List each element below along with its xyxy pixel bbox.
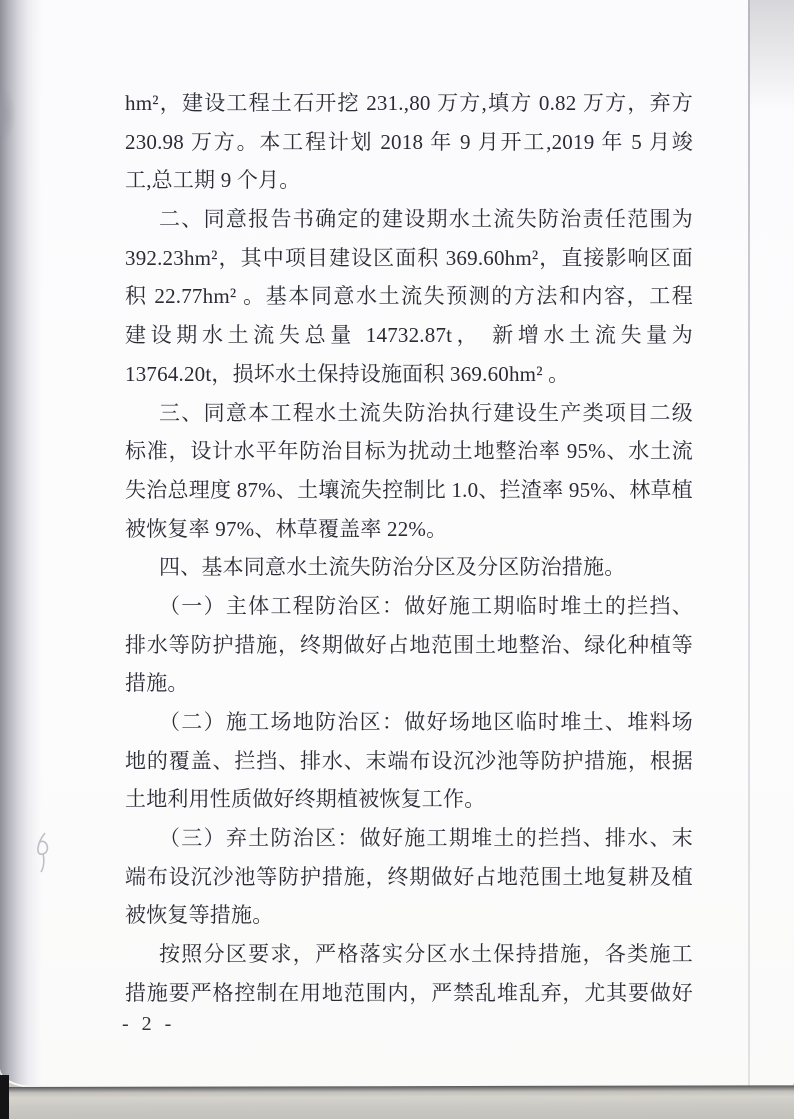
scanner-bed-bottom (0, 1085, 794, 1119)
text-line: 措施要严格控制在用地范围内，严禁乱堆乱弃，尤其要做好 (125, 974, 693, 1013)
text-line: hm²，建设工程土石开挖 231.,80 万方,填方 0.82 万方，弃方 (125, 84, 693, 123)
text-line: 失治总理度 87%、土壤流失控制比 1.0、拦渣率 95%、林草植 (125, 471, 693, 510)
text-line: 按照分区要求，严格落实分区水土保持措施，各类施工 (125, 935, 693, 974)
scan-smudge-artifact (0, 86, 16, 142)
scanned-document-page: hm²，建设工程土石开挖 231.,80 万方,填方 0.82 万方，弃方 23… (0, 0, 794, 1119)
text-line: 230.98 万方。本工程计划 2018 年 9 月开工,2019 年 5 月竣 (125, 123, 693, 162)
text-line: 端布设沉沙池等防护措施，终期做好占地范围土地复耕及植 (125, 858, 693, 897)
document-body: hm²，建设工程土石开挖 231.,80 万方,填方 0.82 万方，弃方 23… (125, 84, 693, 1013)
bottom-left-scan-artifact (0, 1075, 9, 1119)
text-line: 土地利用性质做好终期植被恢复工作。 (125, 780, 693, 819)
text-line: （三）弃土防治区：做好施工期堆土的拦挡、排水、末 (125, 819, 693, 858)
text-line: 四、基本同意水土流失防治分区及分区防治措施。 (125, 548, 693, 587)
handwritten-mark-artifact (30, 830, 58, 878)
text-line: 排水等防护措施，终期做好占地范围土地整治、绿化种植等 (125, 626, 693, 665)
text-line: 被恢复等措施。 (125, 896, 693, 935)
left-scan-shadow (0, 0, 42, 1086)
text-line: 措施。 (125, 664, 693, 703)
text-line: 工,总工期 9 个月。 (125, 161, 693, 200)
text-line: 392.23hm²，其中项目建设区面积 369.60hm²，直接影响区面 (125, 239, 693, 278)
text-line: （一）主体工程防治区：做好施工期临时堆土的拦挡、 (125, 587, 693, 626)
text-line: 三、同意本工程水土流失防治执行建设生产类项目二级 (125, 394, 693, 433)
page-fold-line (748, 0, 750, 1086)
text-line: （二）施工场地防治区：做好场地区临时堆土、堆料场 (125, 703, 693, 742)
text-line: 建设期水土流失总量 14732.87t， 新增水土流失量为 (125, 316, 693, 355)
text-line: 二、同意报告书确定的建设期水土流失防治责任范围为 (125, 200, 693, 239)
text-line: 地的覆盖、拦挡、排水、末端布设沉沙池等防护措施，根据 (125, 742, 693, 781)
page-number: - 2 - (122, 1013, 175, 1036)
text-line: 13764.20t，损坏水土保持设施面积 369.60hm² 。 (125, 355, 693, 394)
right-edge-shade (750, 0, 794, 110)
text-line: 标准，设计水平年防治目标为扰动土地整治率 95%、水土流 (125, 432, 693, 471)
text-line: 被恢复率 97%、林草覆盖率 22%。 (125, 510, 693, 549)
text-line: 积 22.77hm² 。基本同意水土流失预测的方法和内容，工程 (125, 277, 693, 316)
